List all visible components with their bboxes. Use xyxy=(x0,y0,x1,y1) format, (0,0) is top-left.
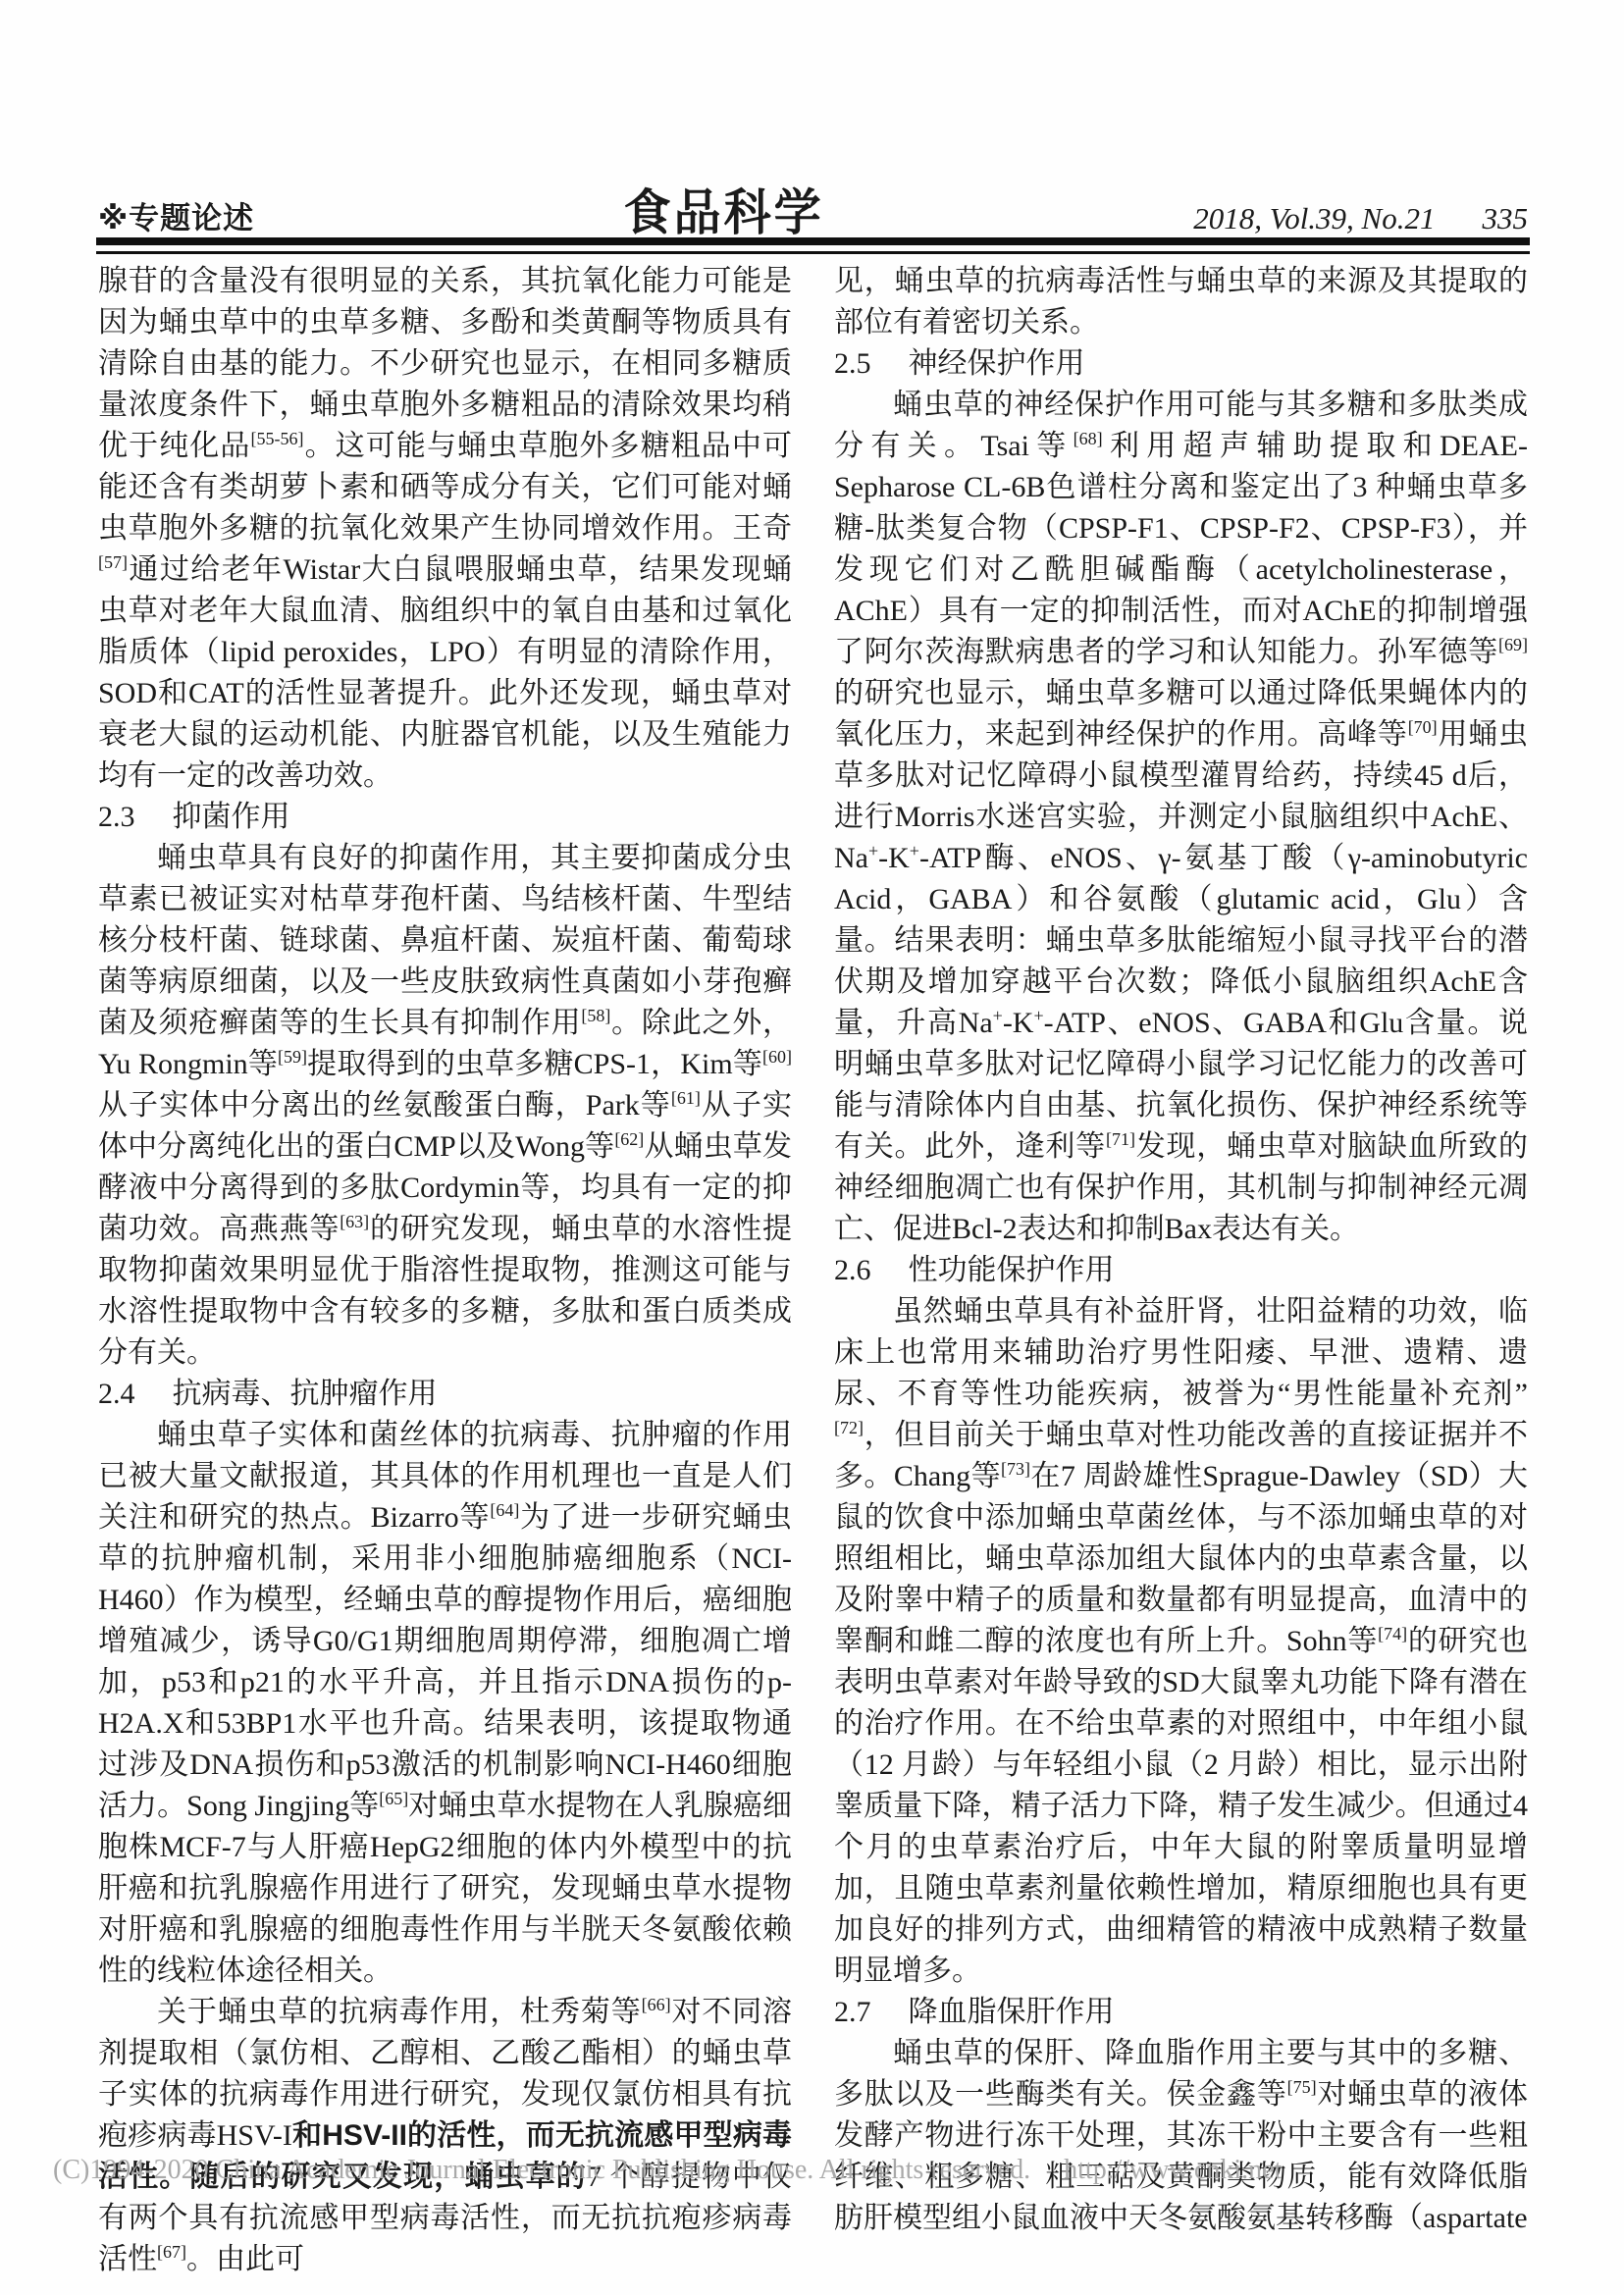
reference-superscript: + xyxy=(868,841,878,861)
article-body: 腺苷的含量没有很明显的关系，其抗氧化能力可能是因为蛹虫草中的虫草多糖、多酚和类黄… xyxy=(98,261,1528,2280)
paragraph: 蛹虫草的神经保护作用可能与其多糖和多肽类成分有关。Tsai等[68]利用超声辅助… xyxy=(834,385,1528,1250)
section-title: 神经保护作用 xyxy=(909,347,1085,380)
reference-superscript: [64] xyxy=(490,1500,519,1520)
text-run: 虽然蛹虫草具有补益肝肾，壮阳益精的功效，临床上也常用来辅助治疗男性阳痿、早泄、遗… xyxy=(834,1295,1528,1410)
text-run: 的研究也显示，蛹虫草多糖可以通过降低果蝇体内的氧化压力，来起到神经保护的作用。高… xyxy=(834,677,1528,751)
paragraph: 腺苷的含量没有很明显的关系，其抗氧化能力可能是因为蛹虫草中的虫草多糖、多酚和类黄… xyxy=(98,261,792,797)
copyright-text: (C)1994-2020 China Academic Journal Elec… xyxy=(53,2155,1030,2185)
section-number: 2.4 xyxy=(98,1378,135,1410)
reference-superscript: [70] xyxy=(1408,717,1438,737)
reference-superscript: + xyxy=(993,1006,1003,1025)
section-title: 抑菌作用 xyxy=(173,801,290,833)
reference-superscript: [55-56] xyxy=(250,429,303,448)
text-run: 通过给老年Wistar大白鼠喂服蛹虫草，结果发现蛹虫草对老年大鼠血清、脑组织中的… xyxy=(98,553,792,792)
section-heading: 2.5神经保护作用 xyxy=(834,343,1528,385)
reference-superscript: [75] xyxy=(1287,2077,1317,2097)
reference-superscript: [73] xyxy=(1001,1459,1030,1479)
section-number: 2.5 xyxy=(834,347,871,380)
reference-superscript: [67] xyxy=(157,2242,186,2262)
text-run: 提取得到的虫草多糖CPS-1，Kim等 xyxy=(307,1048,762,1080)
reference-superscript: [58] xyxy=(581,1006,610,1025)
reference-superscript: [68] xyxy=(1074,429,1103,448)
section-heading: 2.6性功能保护作用 xyxy=(834,1250,1528,1291)
reference-superscript: [69] xyxy=(1498,635,1528,654)
text-run: 为了进一步研究蛹虫草的抗肿瘤机制，采用非小细胞肺癌细胞系（NCI-H460）作为… xyxy=(98,1501,792,1822)
reference-superscript: [63] xyxy=(340,1212,369,1231)
paragraph: 关于蛹虫草的抗病毒作用，杜秀菊等[66]对不同溶剂提取相（氯仿相、乙醇相、乙酸乙… xyxy=(98,1992,792,2280)
reference-superscript: + xyxy=(910,841,919,861)
section-label: ※专题论述 xyxy=(98,193,254,237)
paragraph: 虽然蛹虫草具有补益肝肾，壮阳益精的功效，临床上也常用来辅助治疗男性阳痿、早泄、遗… xyxy=(834,1291,1528,1992)
header-divider-rule xyxy=(96,237,1530,254)
reference-superscript: [59] xyxy=(278,1047,307,1067)
section-number: 2.7 xyxy=(834,1996,871,2028)
text-run: -K xyxy=(878,842,910,874)
paragraph: 蛹虫草具有良好的抑菌作用，其主要抑菌成分虫草素已被证实对枯草芽孢杆菌、鸟结核杆菌… xyxy=(98,838,792,1374)
paragraph: 见，蛹虫草的抗病毒活性与蛹虫草的来源及其提取的部位有着密切关系。 xyxy=(834,261,1528,343)
section-title: 性功能保护作用 xyxy=(909,1254,1115,1286)
text-run: 利用超声辅助提取和DEAE-Sepharose CL-6B色谱柱分离和鉴定出了3… xyxy=(834,430,1528,668)
text-run: 从子实体中分离出的丝氨酸蛋白酶，Park等 xyxy=(98,1089,671,1121)
reference-superscript: [74] xyxy=(1378,1624,1407,1643)
paragraph: 蛹虫草的保肝、降血脂作用主要与其中的多糖、多肽以及一些酶类有关。侯金鑫等[75]… xyxy=(834,2033,1528,2239)
reference-superscript: [57] xyxy=(98,552,128,572)
reference-superscript: [61] xyxy=(671,1088,701,1108)
text-run: -K xyxy=(1003,1007,1034,1039)
page-number: 335 xyxy=(1482,201,1528,235)
copyright-footer: (C)1994-2020 China Academic Journal Elec… xyxy=(53,2155,1282,2186)
journal-title: 食品科学 xyxy=(624,173,824,243)
reference-superscript: [71] xyxy=(1106,1129,1135,1149)
reference-superscript: [60] xyxy=(762,1047,792,1067)
section-heading: 2.4抗病毒、抗肿瘤作用 xyxy=(98,1374,792,1415)
page-header: ※专题论述 食品科学 2018, Vol.39, No.21335 xyxy=(98,175,1528,230)
section-title: 降血脂保肝作用 xyxy=(909,1996,1115,2028)
issue-info: 2018, Vol.39, No.21 xyxy=(1193,201,1435,235)
reference-superscript: [62] xyxy=(614,1129,644,1149)
text-run: 的研究也表明虫草素对年龄导致的SD大鼠睾丸功能下降有潜在的治疗作用。在不给虫草素… xyxy=(834,1625,1528,1987)
text-run: 见，蛹虫草的抗病毒活性与蛹虫草的来源及其提取的部位有着密切关系。 xyxy=(834,265,1528,339)
journal-page: ※专题论述 食品科学 2018, Vol.39, No.21335 腺苷的含量没… xyxy=(0,0,1624,2295)
section-number: 2.6 xyxy=(834,1254,871,1286)
right-column: 见，蛹虫草的抗病毒活性与蛹虫草的来源及其提取的部位有着密切关系。2.5神经保护作… xyxy=(834,261,1528,2280)
text-run: 。由此可 xyxy=(186,2243,304,2275)
section-heading: 2.7降血脂保肝作用 xyxy=(834,1992,1528,2033)
reference-superscript: + xyxy=(1033,1006,1043,1025)
section-title: 抗病毒、抗肿瘤作用 xyxy=(173,1378,438,1410)
reference-superscript: [66] xyxy=(642,1995,671,2014)
reference-superscript: [65] xyxy=(379,1789,408,1808)
paragraph: 蛹虫草子实体和菌丝体的抗病毒、抗肿瘤的作用已被大量文献报道，其具体的作用机理也一… xyxy=(98,1415,792,1992)
text-run: 关于蛹虫草的抗病毒作用，杜秀菊等 xyxy=(157,1996,642,2028)
left-column: 腺苷的含量没有很明显的关系，其抗氧化能力可能是因为蛹虫草中的虫草多糖、多酚和类黄… xyxy=(98,261,792,2280)
section-number: 2.3 xyxy=(98,801,135,833)
issue-block: 2018, Vol.39, No.21335 xyxy=(1193,201,1528,236)
reference-superscript: [72] xyxy=(834,1418,864,1437)
cnki-url: http://www.cnki.net xyxy=(1064,2155,1282,2185)
section-heading: 2.3抑菌作用 xyxy=(98,797,792,838)
